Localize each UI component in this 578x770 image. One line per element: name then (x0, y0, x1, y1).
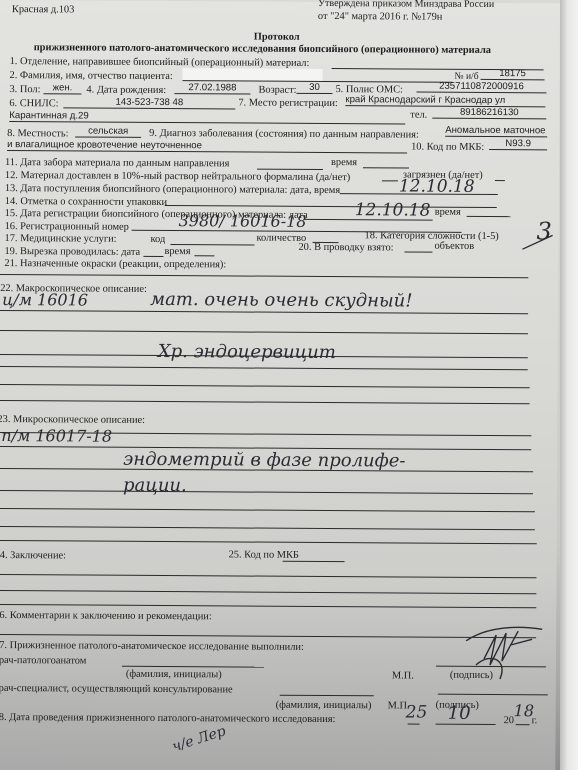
macro-line2-handwritten: Хр. эндоцервицит (158, 341, 336, 363)
paper-edge (560, 0, 578, 770)
phone-label: тел. (410, 110, 427, 122)
f23-label: 23. Микроскопическое описание: (0, 414, 145, 427)
cutting-time-field[interactable] (194, 244, 214, 256)
doctor2-name-field[interactable] (280, 684, 374, 697)
doctor1-name-field[interactable] (122, 655, 264, 668)
doc-subtitle: прижизненного патолого-анатомического ис… (34, 42, 491, 57)
f20-label: 20. В проводку взято: (298, 242, 393, 255)
case-no-field[interactable]: 18175 (481, 68, 545, 80)
rule (0, 590, 536, 594)
f19-time-label: время (164, 246, 190, 258)
f14-label: 14. Отметка о сохранности упаковки (5, 196, 167, 209)
f11-time-label: время (331, 157, 357, 169)
f2-field[interactable] (183, 69, 453, 83)
registration-field-1[interactable]: край Краснодарский г Краснодар ул (345, 94, 545, 107)
registration-date-handwritten: 12.10.18 (355, 200, 431, 220)
f12-label: 12. Материал доставлен в 10%-ный раствор… (5, 170, 350, 184)
oms-policy-field[interactable]: 2357110872000916 (416, 81, 546, 94)
f4-label: 4. Дата рождения: (86, 85, 166, 97)
exam-month-handwritten: 10 (448, 703, 471, 724)
doctor2-sign-field[interactable] (438, 683, 548, 696)
stamp-label-1: М.П. (392, 670, 414, 682)
phone-field[interactable]: 89186216130 (432, 107, 546, 120)
exam-year-tail: г. (532, 715, 538, 727)
f27-label: 27. Прижизненное патолого-анатомическое … (0, 640, 304, 654)
rule (0, 384, 530, 388)
exam-year-prefix: 20 (504, 715, 514, 727)
f6-label: 6. СНИЛС: (9, 98, 58, 110)
rule (0, 508, 535, 512)
name-hint-1: (фамилия, инициалы) (126, 669, 222, 682)
address-tail: Красная д.103 (12, 4, 74, 16)
rule (0, 574, 536, 578)
f3-label: 3. Пол: (9, 84, 40, 96)
f2-label: 2. Фамилия, имя, отчество пациента: (9, 70, 172, 83)
conclusion-icd-field[interactable] (283, 550, 345, 562)
f7-label: 7. Место регистрации: (238, 97, 338, 110)
macro-line1-handwritten: мат. очень очень скудный! (150, 289, 412, 312)
collection-time-field[interactable] (363, 156, 409, 168)
rule (0, 330, 528, 334)
formalin-field[interactable] (382, 169, 398, 181)
f24-label: 24. Заключение: (0, 550, 66, 562)
icd-code-field[interactable]: N93.9 (489, 138, 547, 150)
diagnosis-field-2[interactable]: и влагалищное кровотечение неуточненное (7, 139, 407, 153)
rule (0, 310, 528, 314)
rule (0, 400, 530, 404)
objects-field[interactable] (404, 240, 432, 252)
f26-label: 26. Комментарии к заключению и рекоменда… (0, 610, 212, 623)
collection-date-field[interactable] (257, 158, 323, 170)
cutting-date-field[interactable] (143, 245, 163, 257)
f21-label: 21. Назначенные окраски (реакции, опреде… (4, 258, 226, 271)
macro-ref-handwritten: ц/м 16016 (2, 290, 88, 310)
registration-time-field[interactable] (467, 205, 511, 217)
rule (0, 604, 536, 608)
pathologist-signature (456, 621, 546, 684)
rule (0, 274, 528, 278)
registration-field-2[interactable]: Карантинная д.29 (9, 110, 405, 124)
doc-title: Протокол (254, 32, 300, 44)
sex-field[interactable]: жен. (43, 82, 81, 94)
approval-line1: Утверждена приказом Минздрава России (318, 0, 494, 11)
f20-unit: объектов (434, 241, 474, 253)
rule (0, 540, 537, 544)
approval-line2: от "24" марта 2016 г. №179н (318, 11, 443, 24)
f10-label: 10. Код по МКБ: (411, 142, 484, 154)
rule (0, 366, 528, 370)
bottom-signature: ч/е Лер (170, 723, 227, 755)
rule (0, 490, 533, 494)
locality-field[interactable]: сельская (75, 125, 141, 137)
age-field[interactable]: 30 (296, 82, 332, 94)
diagnosis-field-1[interactable]: Аномальное маточное (445, 125, 547, 138)
doctor2-label: врач-специалист, осуществляющий консульт… (0, 683, 233, 696)
name-hint-2: (фамилия, инициалы) (276, 700, 372, 713)
f15-time-label: время (435, 207, 461, 219)
complexity-stroke (518, 213, 558, 253)
registration-number-handwritten: 3980/ 16016-18 (179, 211, 307, 231)
rule (0, 526, 535, 530)
snils-field[interactable]: 143-523-738 48 (63, 96, 235, 109)
birth-date-field[interactable]: 27.02.1988 (174, 82, 250, 94)
contaminated-field[interactable] (495, 169, 505, 181)
f19-label: 19. Вырезка проводилась: дата (4, 246, 140, 259)
age-label: Возраст: (258, 85, 296, 97)
doctor1-label: врач-патологоанатом (0, 655, 86, 668)
f28-label: 28. Дата проведения прижизненного патоло… (0, 712, 335, 726)
f11-label: 11. Дата забора материала по данным напр… (5, 157, 229, 170)
f17-label: 17. Медицинские услуги: (5, 233, 117, 246)
exam-day-handwritten: 25 (406, 702, 428, 722)
micro-ref-handwritten: п/м 16017-18 (1, 426, 112, 446)
receipt-date-handwritten: 12.10.18 (399, 176, 475, 196)
protocol-page: Красная д.103 Утверждена приказом Минздр… (0, 0, 560, 770)
f16-label: 16. Регистрационный номер (5, 221, 129, 234)
micro-line2-handwritten: рации. (123, 475, 187, 496)
